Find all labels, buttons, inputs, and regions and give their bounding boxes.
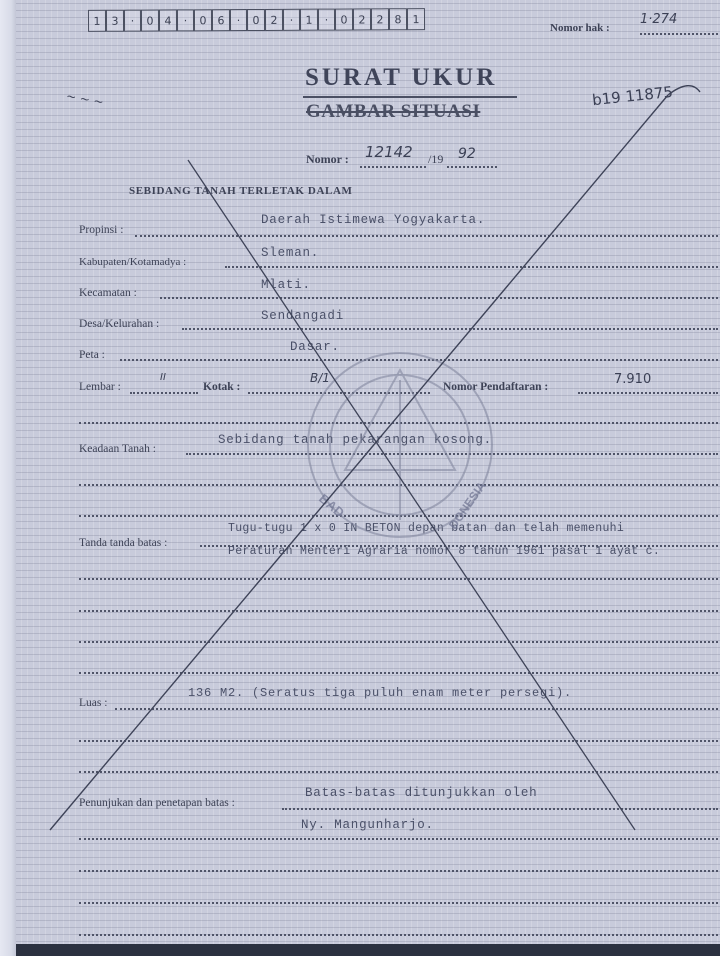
kotak-value: B/1	[310, 371, 330, 385]
luas-value: 136 M2. (Seratus tiga puluh enam meter p…	[188, 686, 572, 700]
blank-line	[79, 484, 718, 486]
nomor-hak-value: 1·274	[640, 12, 677, 27]
tanda-batas-line2: Peraturan Menteri Agraria nomor 8 tahun …	[228, 545, 660, 558]
penunjukan-label: Penunjukan dan penetapan batas :	[79, 797, 235, 809]
desa-value: Sendangadi	[261, 309, 344, 323]
id-digit-box: 2	[353, 8, 371, 30]
blank-line	[79, 672, 718, 674]
luas-dots	[115, 708, 718, 710]
keadaan-tanah-label: Keadaan Tanah :	[79, 443, 156, 455]
id-digit-box: ·	[230, 9, 247, 31]
id-digit-box: 0	[141, 10, 159, 32]
page-bottom-shadow	[16, 944, 720, 956]
keadaan-tanah-value: Sebidang tanah pekarangan kosong.	[218, 433, 492, 447]
id-digit-box: 2	[371, 8, 389, 30]
lembar-label: Lembar :	[79, 381, 121, 393]
peta-label: Peta :	[79, 349, 105, 361]
id-digit-box: 4	[159, 9, 177, 31]
blank-line	[79, 610, 718, 612]
kabupaten-value: Sleman.	[261, 246, 319, 260]
document-title: SURAT UKUR	[305, 64, 497, 92]
nomor-value: 12142	[365, 143, 413, 161]
nomor-dots	[360, 166, 426, 168]
tanda-batas-line1: Tugu-tugu 1 x 0 IN BETON depan batan dan…	[228, 522, 624, 535]
blank-line	[79, 902, 718, 904]
nomor-pendaftaran-dots	[578, 392, 718, 394]
nomor-year-dots	[447, 166, 497, 168]
propinsi-label: Propinsi :	[79, 224, 123, 236]
penunjukan-line2: Ny. Mangunharjo.	[301, 818, 434, 832]
id-digit-box: 1	[407, 8, 425, 30]
kotak-dots	[248, 392, 430, 394]
blank-line	[79, 740, 718, 742]
title-rule	[303, 96, 517, 98]
peta-dots	[120, 359, 718, 361]
blank-line	[79, 838, 718, 840]
propinsi-value: Daerah Istimewa Yogyakarta.	[261, 213, 485, 227]
blank-line	[79, 578, 718, 580]
desa-dots	[182, 328, 718, 330]
document-subtitle: GAMBAR SITUASI	[306, 101, 480, 123]
kotak-label: Kotak :	[203, 381, 240, 393]
id-digit-box: 1	[300, 9, 318, 31]
id-digit-box: 8	[389, 8, 407, 30]
keadaan-tanah-dots	[186, 453, 718, 455]
id-digit-box: 3	[106, 10, 124, 32]
nomor-pendaftaran-value: 7.910	[614, 372, 651, 387]
id-digit-box: ·	[318, 9, 335, 31]
desa-label: Desa/Kelurahan :	[79, 318, 159, 330]
kabupaten-label: Kabupaten/Kotamadya :	[79, 256, 186, 268]
id-digit-box: ·	[124, 10, 141, 32]
id-digit-box: 2	[265, 9, 283, 31]
blank-line	[79, 515, 718, 517]
id-digit-box: 1	[88, 10, 106, 32]
kabupaten-dots	[225, 266, 718, 268]
peta-value: Dasar.	[290, 340, 340, 354]
lembar-value: II	[160, 372, 166, 383]
page-left-edge	[0, 0, 16, 956]
id-digit-box: 6	[212, 9, 230, 31]
id-digit-box: 0	[194, 9, 212, 31]
penunjukan-dots	[282, 808, 718, 810]
penunjukan-line1: Batas-batas ditunjukkan oleh	[305, 786, 537, 800]
blank-line	[79, 641, 718, 643]
luas-label: Luas :	[79, 697, 107, 709]
blank-line	[79, 934, 718, 936]
propinsi-dots	[135, 235, 718, 237]
lembar-dots	[130, 392, 198, 394]
nomor-hak-label: Nomor hak :	[550, 22, 610, 34]
nomor-year: 92	[458, 146, 476, 162]
certificate-id-boxes: 13·04·06·02·1·02281	[88, 8, 425, 32]
blank-line	[79, 422, 718, 424]
section-heading: SEBIDANG TANAH TERLETAK DALAM	[129, 185, 352, 197]
tanda-batas-label: Tanda tanda batas :	[79, 537, 167, 549]
nomor-label: Nomor :	[306, 152, 349, 167]
blank-line	[79, 870, 718, 872]
nomor-hak-dots	[640, 33, 718, 35]
nomor-pendaftaran-label: Nomor Pendaftaran :	[443, 381, 548, 393]
id-digit-box: 0	[335, 8, 353, 30]
kecamatan-value: Mlati.	[261, 278, 311, 292]
id-digit-box: 0	[247, 9, 265, 31]
kecamatan-dots	[160, 297, 718, 299]
id-digit-box: ·	[283, 9, 300, 31]
blank-line	[79, 771, 718, 773]
nomor-year-prefix: /19	[428, 152, 443, 167]
id-digit-box: ·	[177, 9, 194, 31]
kecamatan-label: Kecamatan :	[79, 287, 137, 299]
